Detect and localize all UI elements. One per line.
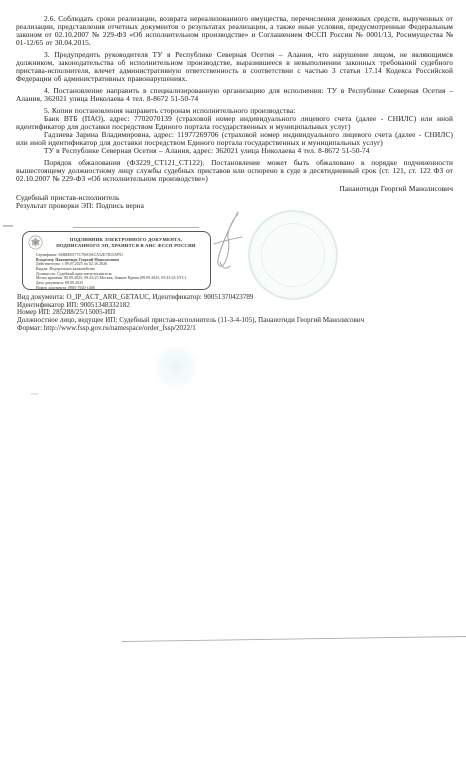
appeal-procedure: Порядок обжалования (ФЗ229_СТ121_СТ122).…	[16, 159, 453, 183]
stamp-details: Сертификат: 04BBD0177C7BA9ACA52E7B15AF91…	[36, 253, 205, 290]
paragraph-4: 4. Постановление направить в специализир…	[16, 87, 453, 103]
stamp-header-line1: ПОДЛИННИК ЭЛЕКТРОННОГО ДОКУМЕНТА,	[47, 237, 205, 243]
document-body: 2.6. Соблюдать сроки реализации, возврат…	[16, 15, 453, 210]
stamp-document-number: Номер документа: 0985-7920-1406	[36, 286, 205, 291]
stamp-header: ПОДЛИННИК ЭЛЕКТРОННОГО ДОКУМЕНТА, ПОДПИС…	[28, 235, 205, 250]
scan-dash-artifact	[31, 393, 38, 395]
scanned-document-page: 2.6. Соблюдать сроки реализации, возврат…	[0, 0, 466, 767]
party-bank-vtb: Банк ВТБ (ПАО), адрес: 7702070139 (страх…	[16, 115, 453, 131]
party-tu-address: ТУ в Республике Северная Осетия – Алания…	[16, 147, 453, 155]
signature-rule-line	[73, 227, 199, 228]
party-gadzieva: Гадзиева Зарина Владимировна, адрес: 119…	[16, 131, 453, 147]
signer-name: Панаиотиди Георгий Манолисович	[16, 185, 453, 193]
paragraph-3: 3. Предупредить руководителя ТУ в Респуб…	[16, 51, 453, 83]
margin-dash-mark	[3, 225, 13, 227]
stamp-header-text: ПОДЛИННИК ЭЛЕКТРОННОГО ДОКУМЕНТА, ПОДПИС…	[47, 237, 205, 248]
round-seal	[248, 210, 338, 300]
page-edge-line	[120, 634, 466, 644]
paragraph-2-6: 2.6. Соблюдать сроки реализации, возврат…	[16, 15, 453, 47]
digital-signature-stamp: ПОДЛИННИК ЭЛЕКТРОННОГО ДОКУМЕНТА, ПОДПИС…	[22, 231, 211, 290]
meta-format-url: Формат: http://www.fssp.gov.ru/namespace…	[17, 325, 462, 333]
round-seal-inner-ring	[261, 223, 325, 287]
coat-of-arms-icon	[28, 235, 43, 250]
stamp-header-line2: ПОДПИСАННОГО ЭП, ХРАНИТСЯ В АИС ФССП РОС…	[47, 243, 205, 249]
scan-smudge	[155, 345, 197, 389]
document-metadata: Вид документа: O_IP_ACT_ARR_GETAUC, Иден…	[17, 294, 462, 333]
